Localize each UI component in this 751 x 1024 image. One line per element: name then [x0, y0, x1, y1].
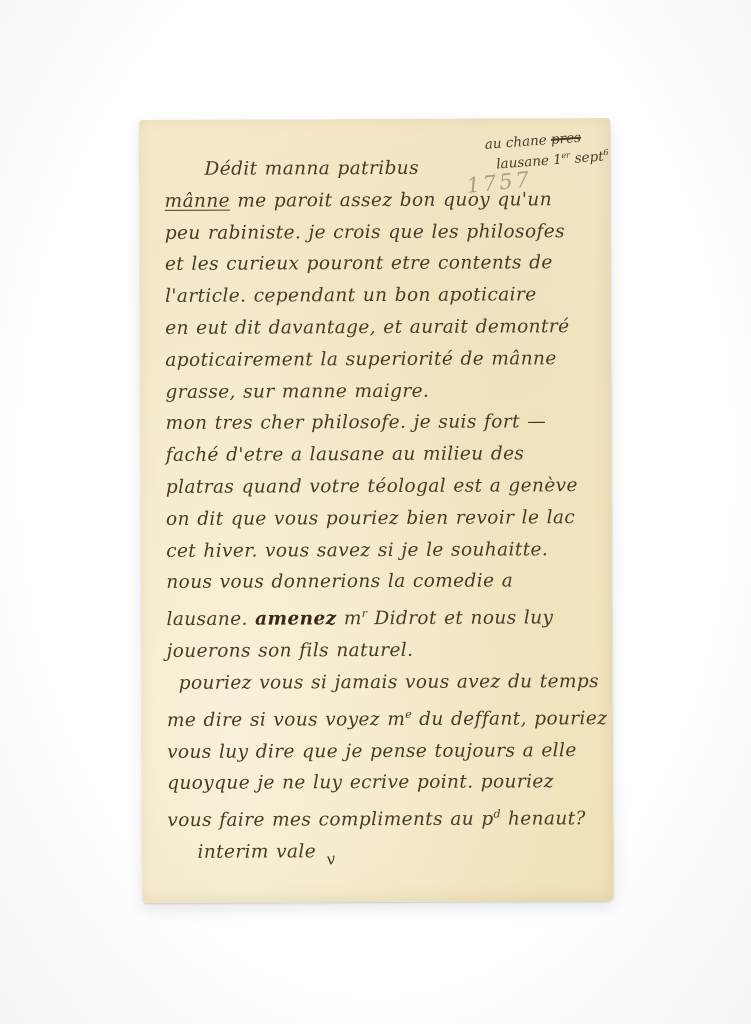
- letter-line: jouerons son fils naturel.: [167, 634, 599, 668]
- letter-line: on dit que vous pouriez bien revoir le l…: [166, 502, 598, 536]
- letter-sheet: au chane pres lausane 1er sept6 1757 Déd…: [139, 118, 613, 903]
- text-segment: cet hiver. vous savez si je le souhaitte…: [166, 539, 548, 562]
- text-segment: 6: [603, 147, 609, 157]
- text-segment: apoticairement la superiorité de mânne: [165, 348, 556, 371]
- text-segment: du deffant, pouriez: [412, 708, 608, 730]
- letter-line: interim valev: [167, 835, 599, 869]
- text-segment: grasse, sur manne maigre.: [165, 380, 429, 402]
- letter-line: Dédit manna patribus: [164, 152, 596, 186]
- letter-line: quoyque je ne luy ecrive point. pouriez: [167, 766, 599, 800]
- text-segment: henaut?: [501, 808, 586, 829]
- photo-background: au chane pres lausane 1er sept6 1757 Déd…: [0, 0, 751, 1024]
- letter-body: Dédit manna patribusmânne me paroit asse…: [164, 152, 599, 869]
- letter-line: apoticairement la superiorité de mânne: [165, 343, 597, 377]
- text-segment: l'article. cependant un bon apoticaire: [165, 284, 537, 307]
- letter-line: nous vous donnerions la comedie a: [166, 565, 598, 599]
- text-segment: quoyque je ne luy ecrive point. pouriez: [167, 772, 554, 795]
- letter-line: vous faire mes compliments au pd henaut?: [167, 798, 599, 837]
- letter-line: en eut dit davantage, et aurait demontré: [165, 311, 597, 345]
- letter-line: faché d'etre a lausane au milieu des: [166, 438, 598, 472]
- text-segment: pouriez vous si jamais vous avez du temp…: [179, 671, 599, 694]
- letter-line: platras quand votre téologal est a genèv…: [166, 470, 598, 504]
- text-segment: jouerons son fils naturel.: [167, 640, 414, 662]
- letter-line: cet hiver. vous savez si je le souhaitte…: [166, 534, 598, 568]
- text-segment: nous vous donnerions la comedie a: [166, 571, 513, 594]
- letter-line: me dire si vous voyez me du deffant, pou…: [167, 698, 599, 737]
- letter-line: vous luy dire que je pense toujours a el…: [167, 735, 599, 769]
- letter-line: mânne me paroit assez bon quoy qu'un: [165, 184, 597, 218]
- text-segment: m: [337, 608, 362, 629]
- text-segment: et les curieux pouront etre contents de: [165, 253, 553, 276]
- letter-line: mon tres cher philosofe. je suis fort —: [166, 406, 598, 440]
- text-segment: lausane.: [166, 609, 255, 630]
- text-segment: Dédit manna patribus: [204, 158, 419, 180]
- text-segment: Didrot et nous luy: [367, 608, 553, 630]
- letter-line: et les curieux pouront etre contents de: [165, 247, 597, 281]
- text-segment: me paroit assez bon quoy qu'un: [230, 189, 552, 211]
- text-segment: mon tres cher philosofe. je suis fort —: [166, 412, 547, 435]
- letter-line: lausane. amenez mr Didrot et nous luy: [166, 597, 598, 636]
- letter-line: l'article. cependant un bon apoticaire: [165, 279, 597, 313]
- signature-flourish: v: [324, 843, 338, 876]
- letter-line: grasse, sur manne maigre.: [165, 375, 597, 409]
- letter-line: peu rabiniste. je crois que les philosof…: [165, 216, 597, 250]
- text-segment: amenez: [255, 608, 337, 629]
- text-segment: mânne: [165, 190, 230, 211]
- text-segment: faché d'etre a lausane au milieu des: [166, 444, 525, 467]
- letter-line: pouriez vous si jamais vous avez du temp…: [167, 666, 599, 700]
- text-segment: on dit que vous pouriez bien revoir le l…: [166, 507, 575, 530]
- text-segment: me dire si vous voyez m: [167, 709, 405, 731]
- text-segment: en eut dit davantage, et aurait demontré: [165, 316, 569, 339]
- text-segment: platras quand votre téologal est a genèv…: [166, 475, 578, 498]
- text-segment: vous luy dire que je pense toujours a el…: [167, 740, 577, 763]
- text-segment: peu rabiniste. je crois que les philosof…: [165, 221, 565, 244]
- text-segment: vous faire mes compliments au p: [167, 809, 493, 831]
- text-segment: interim vale: [197, 841, 316, 863]
